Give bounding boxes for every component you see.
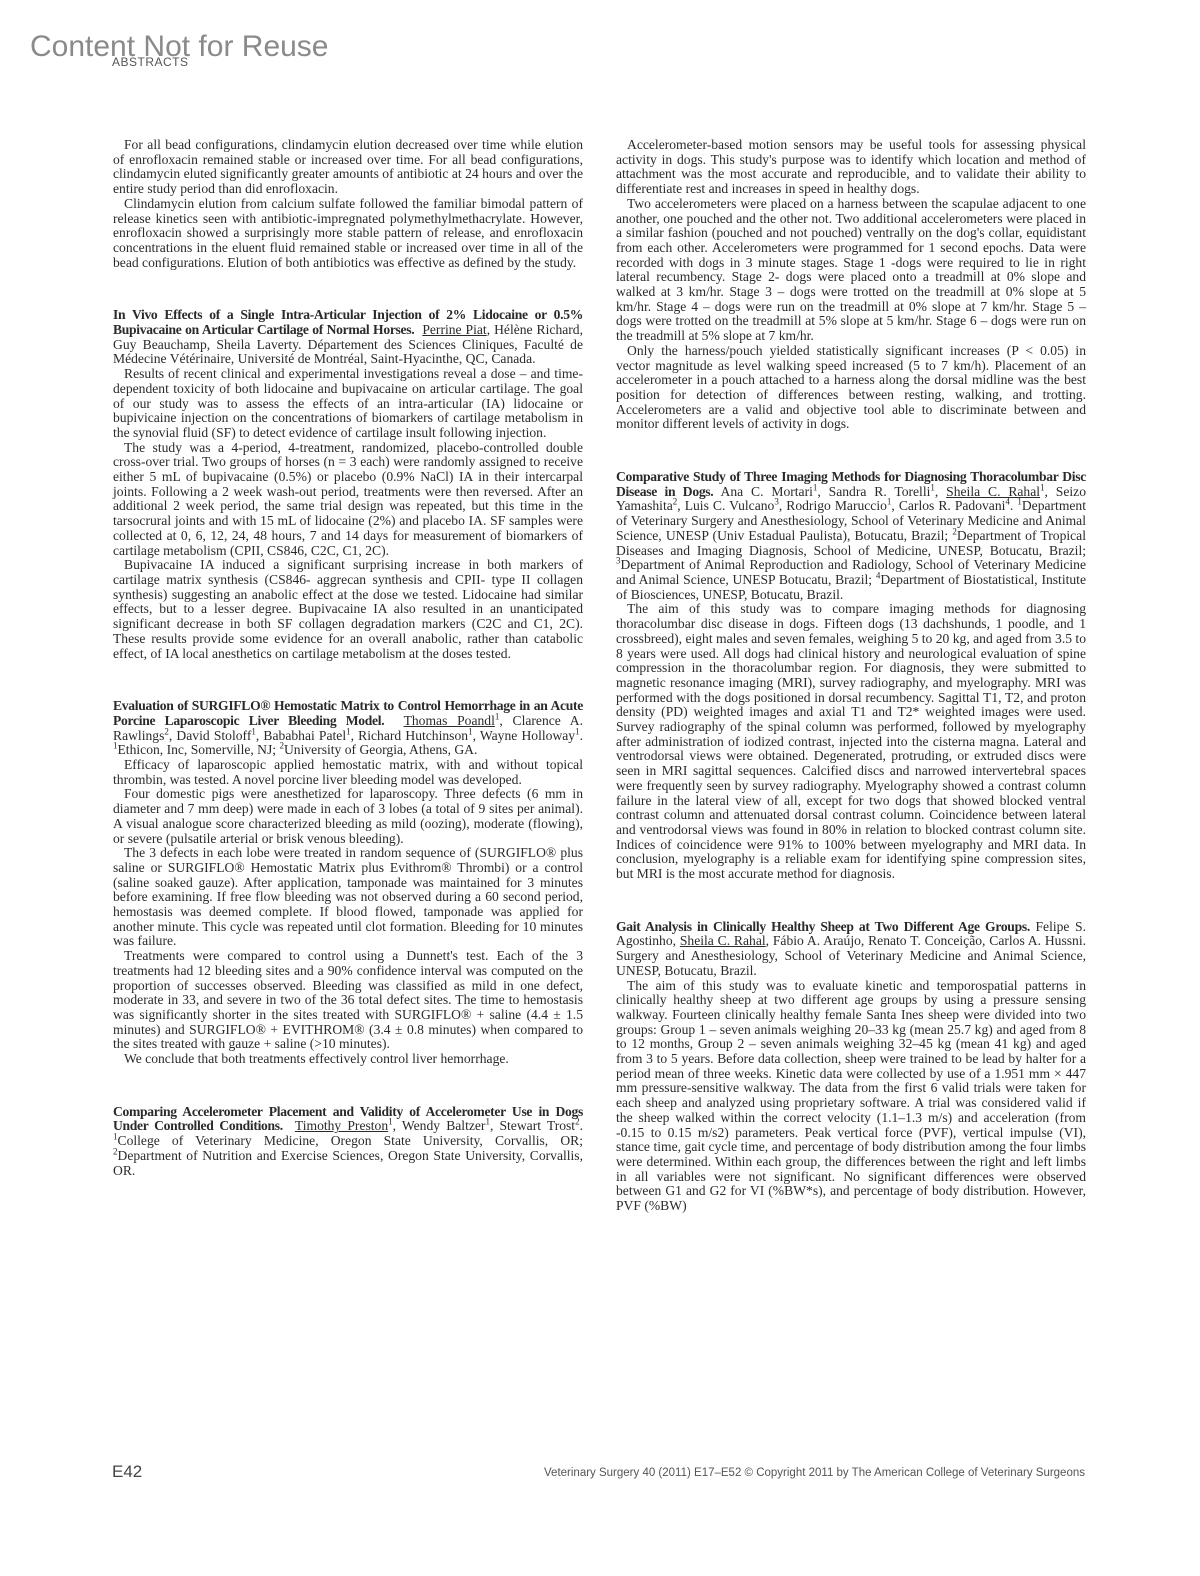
abstract-surgiflo: Evaluation of SURGIFLO® Hemostatic Matri… (113, 699, 583, 1067)
presenter-name: Timothy Preston (295, 1118, 388, 1133)
abstract-continuation: For all bead configurations, clindamycin… (113, 138, 583, 270)
paragraph: Bupivacaine IA induced a significant sur… (113, 558, 583, 661)
abstract-imaging-methods: Comparative Study of Three Imaging Metho… (616, 470, 1086, 882)
abstract-header: Comparative Study of Three Imaging Metho… (616, 470, 1086, 602)
authors-text: , Stewart Trost (490, 1118, 575, 1133)
left-column: For all bead configurations, clindamycin… (113, 138, 583, 1178)
paragraph: Two accelerometers were placed on a harn… (616, 197, 1086, 344)
affiliation-text: College of Veterinary Medicine, Oregon S… (118, 1133, 584, 1148)
abstract-lidocaine-bupivacaine: In Vivo Effects of a Single Intra-Articu… (113, 308, 583, 661)
affiliation-text: Department of Nutrition and Exercise Sci… (113, 1148, 583, 1178)
authors-text: , Wayne Holloway (473, 728, 576, 743)
abstract-header: Evaluation of SURGIFLO® Hemostatic Matri… (113, 699, 583, 758)
presenter-name: Sheila C. Rahal (680, 933, 766, 948)
running-head: ABSTRACTS (112, 55, 189, 69)
page-number: E42 (112, 1462, 142, 1482)
authors-text: , Rodrigo Maruccio (779, 498, 887, 513)
abstract-title: Gait Analysis in Clinically Healthy Shee… (616, 919, 1030, 934)
presenter-name: Sheila C. Rahal (946, 484, 1040, 499)
paragraph: Only the harness/pouch yielded statistic… (616, 344, 1086, 432)
paragraph: The aim of this study was to evaluate ki… (616, 979, 1086, 1214)
authors-text: . (580, 1118, 583, 1133)
abstract-header: In Vivo Effects of a Single Intra-Articu… (113, 308, 583, 367)
authors-text: , Sandra R. Torelli (817, 484, 930, 499)
authors-text: , Bababhai Patel (256, 728, 346, 743)
abstract-gait-analysis-sheep: Gait Analysis in Clinically Healthy Shee… (616, 920, 1086, 1214)
presenter-name: Perrine Piat (422, 322, 486, 337)
paragraph: The 3 defects in each lobe were treated … (113, 846, 583, 949)
authors-text: , Carlos R. Padovani (891, 498, 1005, 513)
paragraph: The aim of this study was to compare ima… (616, 602, 1086, 881)
authors-text: Ana C. Mortari (713, 484, 812, 499)
authors-text: , Luis C. Vulcano (677, 498, 774, 513)
authors-text: , (935, 484, 946, 499)
authors-text: . (580, 728, 583, 743)
authors-text: , Richard Hutchinson (351, 728, 468, 743)
abstract-header: Gait Analysis in Clinically Healthy Shee… (616, 920, 1086, 979)
paragraph: Efficacy of laparoscopic applied hemosta… (113, 758, 583, 787)
authors-text: , Wendy Baltzer (393, 1118, 486, 1133)
abstract-header: Comparing Accelerometer Placement and Va… (113, 1105, 583, 1179)
paragraph: Results of recent clinical and experimen… (113, 367, 583, 441)
affiliation-text: University of Georgia, Athens, GA. (284, 742, 477, 757)
right-column: Accelerometer-based motion sensors may b… (616, 138, 1086, 1214)
paragraph: For all bead configurations, clindamycin… (113, 138, 583, 197)
journal-citation: Veterinary Surgery 40 (2011) E17–E52 © C… (544, 1467, 1085, 1479)
paragraph: Treatments were compared to control usin… (113, 949, 583, 1052)
affiliation-text: Ethicon, Inc, Somerville, NJ; (118, 742, 280, 757)
paragraph: Accelerometer-based motion sensors may b… (616, 138, 1086, 197)
paragraph: We conclude that both treatments effecti… (113, 1052, 583, 1067)
abstract-accelerometer: Comparing Accelerometer Placement and Va… (113, 1105, 583, 1179)
paragraph: Clindamycin elution from calcium sulfate… (113, 197, 583, 271)
paragraph: The study was a 4-period, 4-treatment, r… (113, 441, 583, 559)
abstract-accelerometer-continued: Accelerometer-based motion sensors may b… (616, 138, 1086, 432)
paragraph: Four domestic pigs were anesthetized for… (113, 787, 583, 846)
authors-text: , David Stoloff (169, 728, 251, 743)
presenter-name: Thomas Poandl (404, 713, 495, 728)
